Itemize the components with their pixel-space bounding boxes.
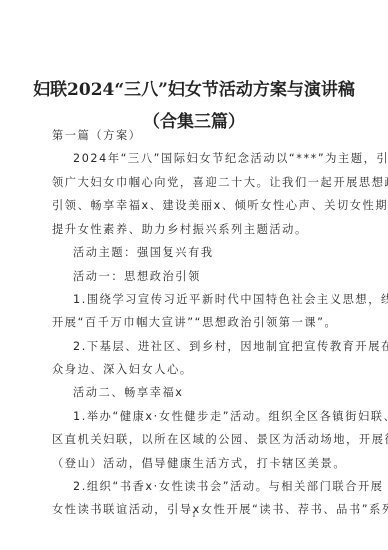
paragraph-line: 活动主题：强国复兴有我 [73,246,343,260]
page-number: 1 [0,511,388,519]
paragraph-line: 2.组织“书香x·女性读书会”活动。与相关部门联合开展 [73,480,343,494]
paragraph-line: 活动一：思想政治引领 [73,270,343,284]
document-title: 妇联2024“三八”妇女节活动方案与演讲稿 [0,75,388,100]
paragraph-line: 2.下基层、进社区、到乡村，因地制宜把宣传教育开展在群 [73,340,343,354]
paragraph-line: 引领、畅享幸福x、建设美丽x、倾听女性心声、关切女性期盼、 [52,199,342,213]
paragraph-line: 第一篇（方案） [52,129,342,143]
paragraph-line: 1.举办“健康x·女性健步走”活动。组织全区各镇街妇联、 [73,410,343,424]
paragraph-line: 活动二、畅享幸福x [73,386,343,400]
paragraph-line: 区直机关妇联，以所在区域的公园、景区为活动场地，开展徒步 [52,433,342,447]
paragraph-line: 提升女性素养、助力乡村振兴系列主题活动。 [52,223,342,237]
document-page: 妇联2024“三八”妇女节活动方案与演讲稿 （合集三篇） 第一篇（方案）2024… [0,0,388,550]
paragraph-line: 领广大妇女巾帼心向党，喜迎二十大。让我们一起开展思想政治 [52,176,342,190]
paragraph-line: 2024年“三八”国际妇女节纪念活动以“***”为主题，引 [73,152,343,166]
paragraph-line: 1.围绕学习宣传习近平新时代中国特色社会主义思想，线上 [73,293,343,307]
paragraph-line: 开展“百千万巾帼大宣讲”“思想政治引领第一课”。 [52,316,342,330]
paragraph-line: 众身边、深入妇女人心。 [52,363,342,377]
paragraph-line: （登山）活动，倡导健康生活方式，打卡辖区美景。 [52,457,342,471]
